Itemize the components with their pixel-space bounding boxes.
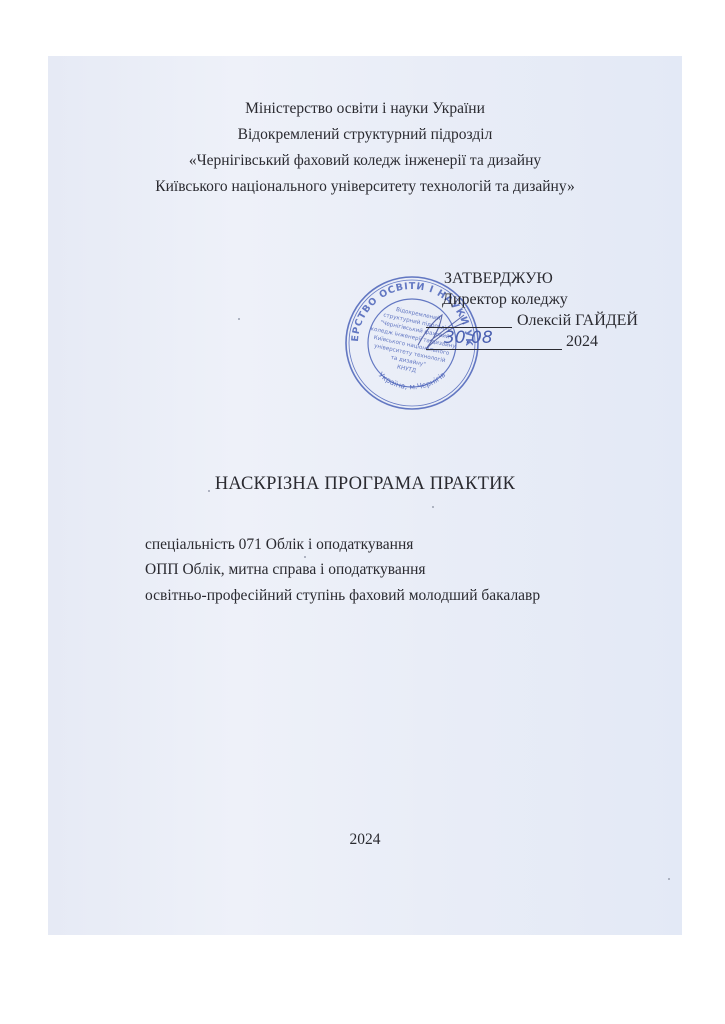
document-year: 2024 [48, 831, 682, 849]
date-line [426, 349, 562, 350]
college-line-1: «Чернігівський фаховий коледж інженерії … [48, 152, 682, 170]
scanned-page: Міністерство освіти і науки України Відо… [48, 56, 682, 935]
degree-line: освітньо-професійний ступінь фаховий мол… [145, 587, 540, 605]
specialty-line: спеціальність 071 Облік і оподаткування [145, 536, 413, 554]
ministry-line: Міністерство освіти і науки України [48, 100, 682, 118]
document-title: НАСКРІЗНА ПРОГРАМА ПРАКТИК [48, 474, 682, 495]
director-name: Олексій ГАЙДЕЙ [517, 312, 638, 330]
stamp-inner-line: КНУТД [396, 364, 417, 374]
program-line: ОПП Облік, митна справа і оподаткування [145, 561, 426, 579]
approve-label: ЗАТВЕРДЖУЮ [444, 270, 553, 288]
college-line-2: Київського національного університету те… [48, 178, 682, 196]
handwritten-date: 30.08 [444, 328, 493, 348]
director-position: Директор коледжу [442, 291, 568, 309]
approval-year: 2024 [566, 333, 598, 351]
unit-line: Відокремлений структурний підрозділ [48, 126, 682, 144]
